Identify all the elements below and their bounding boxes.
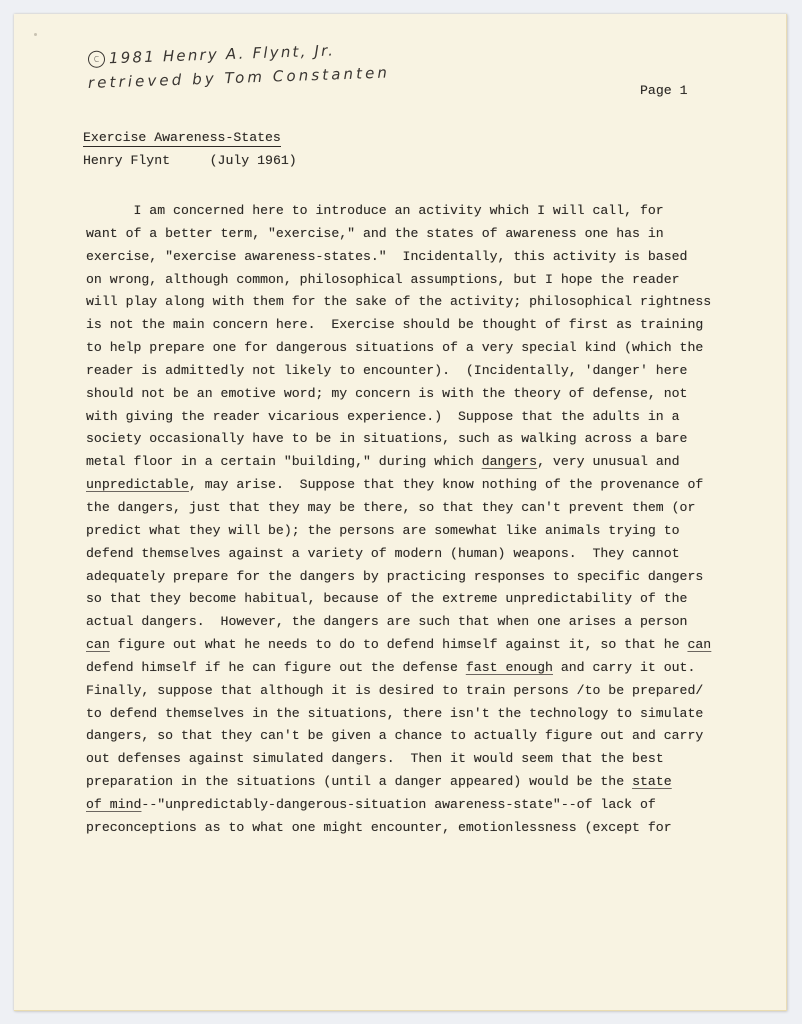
text-run: want of a better term, "exercise," and t… bbox=[86, 226, 664, 241]
text-run: so that they become habitual, because of… bbox=[86, 591, 687, 606]
body-line: reader is admittedly not likely to encou… bbox=[86, 360, 711, 383]
body-line: exercise, "exercise awareness-states." I… bbox=[86, 246, 711, 269]
body-line: adequately prepare for the dangers by pr… bbox=[86, 566, 711, 589]
document-date: (July 1961) bbox=[210, 153, 297, 168]
text-run: defend themselves against a variety of m… bbox=[86, 546, 680, 561]
body-line: will play along with them for the sake o… bbox=[86, 291, 711, 314]
body-line: can figure out what he needs to do to de… bbox=[86, 634, 711, 657]
underlined-phrase: dangers bbox=[482, 454, 537, 469]
body-line: on wrong, although common, philosophical… bbox=[86, 269, 711, 292]
text-run: out defenses against simulated dangers. … bbox=[86, 751, 664, 766]
body-line: unpredictable, may arise. Suppose that t… bbox=[86, 474, 711, 497]
document-page: c1981 Henry A. Flynt, Jr. retrieved by T… bbox=[14, 14, 787, 1011]
body-line: should not be an emotive word; my concer… bbox=[86, 383, 711, 406]
body-line: society occasionally have to be in situa… bbox=[86, 428, 711, 451]
body-line: is not the main concern here. Exercise s… bbox=[86, 314, 711, 337]
text-run: preconceptions as to what one might enco… bbox=[86, 820, 672, 835]
text-run: dangers, so that they can't be given a c… bbox=[86, 728, 703, 743]
underlined-phrase: can bbox=[687, 637, 711, 652]
body-line: preconceptions as to what one might enco… bbox=[86, 817, 711, 840]
author-name: Henry Flynt bbox=[83, 153, 170, 168]
body-line: defend themselves against a variety of m… bbox=[86, 543, 711, 566]
text-run: Finally, suppose that although it is des… bbox=[86, 683, 577, 698]
text-run: with giving the reader vicarious experie… bbox=[86, 409, 680, 424]
text-run: preparation in the situations (until a d… bbox=[86, 774, 632, 789]
text-run: should not be an emotive word; my concer… bbox=[86, 386, 687, 401]
text-run: , very unusual and bbox=[537, 454, 679, 469]
text-run: society occasionally have to be in situa… bbox=[86, 431, 687, 446]
underlined-phrase: state bbox=[632, 774, 672, 789]
body-line: out defenses against simulated dangers. … bbox=[86, 748, 711, 771]
underlined-phrase: can bbox=[86, 637, 110, 652]
body-line: defend himself if he can figure out the … bbox=[86, 657, 711, 680]
text-run: exercise, "exercise awareness-states." I… bbox=[86, 249, 687, 264]
body-line: preparation in the situations (until a d… bbox=[86, 771, 711, 794]
text-run: figure out what he needs to do to defend… bbox=[110, 637, 688, 652]
body-line: Finally, suppose that although it is des… bbox=[86, 680, 711, 703]
body-line: I am concerned here to introduce an acti… bbox=[86, 200, 711, 223]
underlined-phrase: of mind bbox=[86, 797, 141, 812]
text-run: on wrong, although common, philosophical… bbox=[86, 272, 680, 287]
text-run: actual dangers. However, the dangers are… bbox=[86, 614, 687, 629]
text-run: adequately prepare for the dangers by pr… bbox=[86, 569, 703, 584]
body-text: I am concerned here to introduce an acti… bbox=[86, 200, 711, 840]
text-run: to defend themselves in the situations, … bbox=[86, 706, 703, 721]
text-run: the dangers, just that they may be there… bbox=[86, 500, 695, 515]
text-run: I am concerned here to introduce an acti… bbox=[86, 203, 664, 218]
body-line: the dangers, just that they may be there… bbox=[86, 497, 711, 520]
document-title: Exercise Awareness-States bbox=[83, 130, 281, 147]
body-line: so that they become habitual, because of… bbox=[86, 588, 711, 611]
text-run: is not the main concern here. Exercise s… bbox=[86, 317, 703, 332]
text-run: predict what they will be); the persons … bbox=[86, 523, 680, 538]
body-line: to help prepare one for dangerous situat… bbox=[86, 337, 711, 360]
paper-speck bbox=[34, 33, 37, 36]
text-run: will play along with them for the sake o… bbox=[86, 294, 711, 309]
page-number: Page 1 bbox=[640, 83, 687, 99]
text-run: , may arise. Suppose that they know noth… bbox=[189, 477, 703, 492]
body-line: predict what they will be); the persons … bbox=[86, 520, 711, 543]
text-run: metal floor in a certain "building," dur… bbox=[86, 454, 482, 469]
handwritten-copyright-text: 1981 Henry A. Flynt, Jr. bbox=[109, 41, 336, 67]
body-line: metal floor in a certain "building," dur… bbox=[86, 451, 711, 474]
document-byline: Henry Flynt (July 1961) bbox=[83, 153, 297, 169]
body-line: with giving the reader vicarious experie… bbox=[86, 406, 711, 429]
body-line: actual dangers. However, the dangers are… bbox=[86, 611, 711, 634]
body-line: to defend themselves in the situations, … bbox=[86, 703, 711, 726]
body-line: of mind--"unpredictably-dangerous-situat… bbox=[86, 794, 711, 817]
copyright-icon: c bbox=[88, 50, 106, 68]
text-run: reader is admittedly not likely to encou… bbox=[86, 363, 687, 378]
text-run: --"unpredictably-dangerous-situation awa… bbox=[141, 797, 655, 812]
text-run: and carry it out. bbox=[553, 660, 695, 675]
handwritten-insertion: /to be prepared/ bbox=[577, 680, 704, 703]
underlined-phrase: fast enough bbox=[466, 660, 553, 675]
handwritten-retrieval-note: retrieved by Tom Constanten bbox=[88, 63, 391, 92]
text-run: to help prepare one for dangerous situat… bbox=[86, 340, 703, 355]
text-run: defend himself if he can figure out the … bbox=[86, 660, 466, 675]
body-line: dangers, so that they can't be given a c… bbox=[86, 725, 711, 748]
body-line: want of a better term, "exercise," and t… bbox=[86, 223, 711, 246]
handwritten-copyright-note: c1981 Henry A. Flynt, Jr. bbox=[88, 41, 336, 68]
underlined-phrase: unpredictable bbox=[86, 477, 189, 492]
